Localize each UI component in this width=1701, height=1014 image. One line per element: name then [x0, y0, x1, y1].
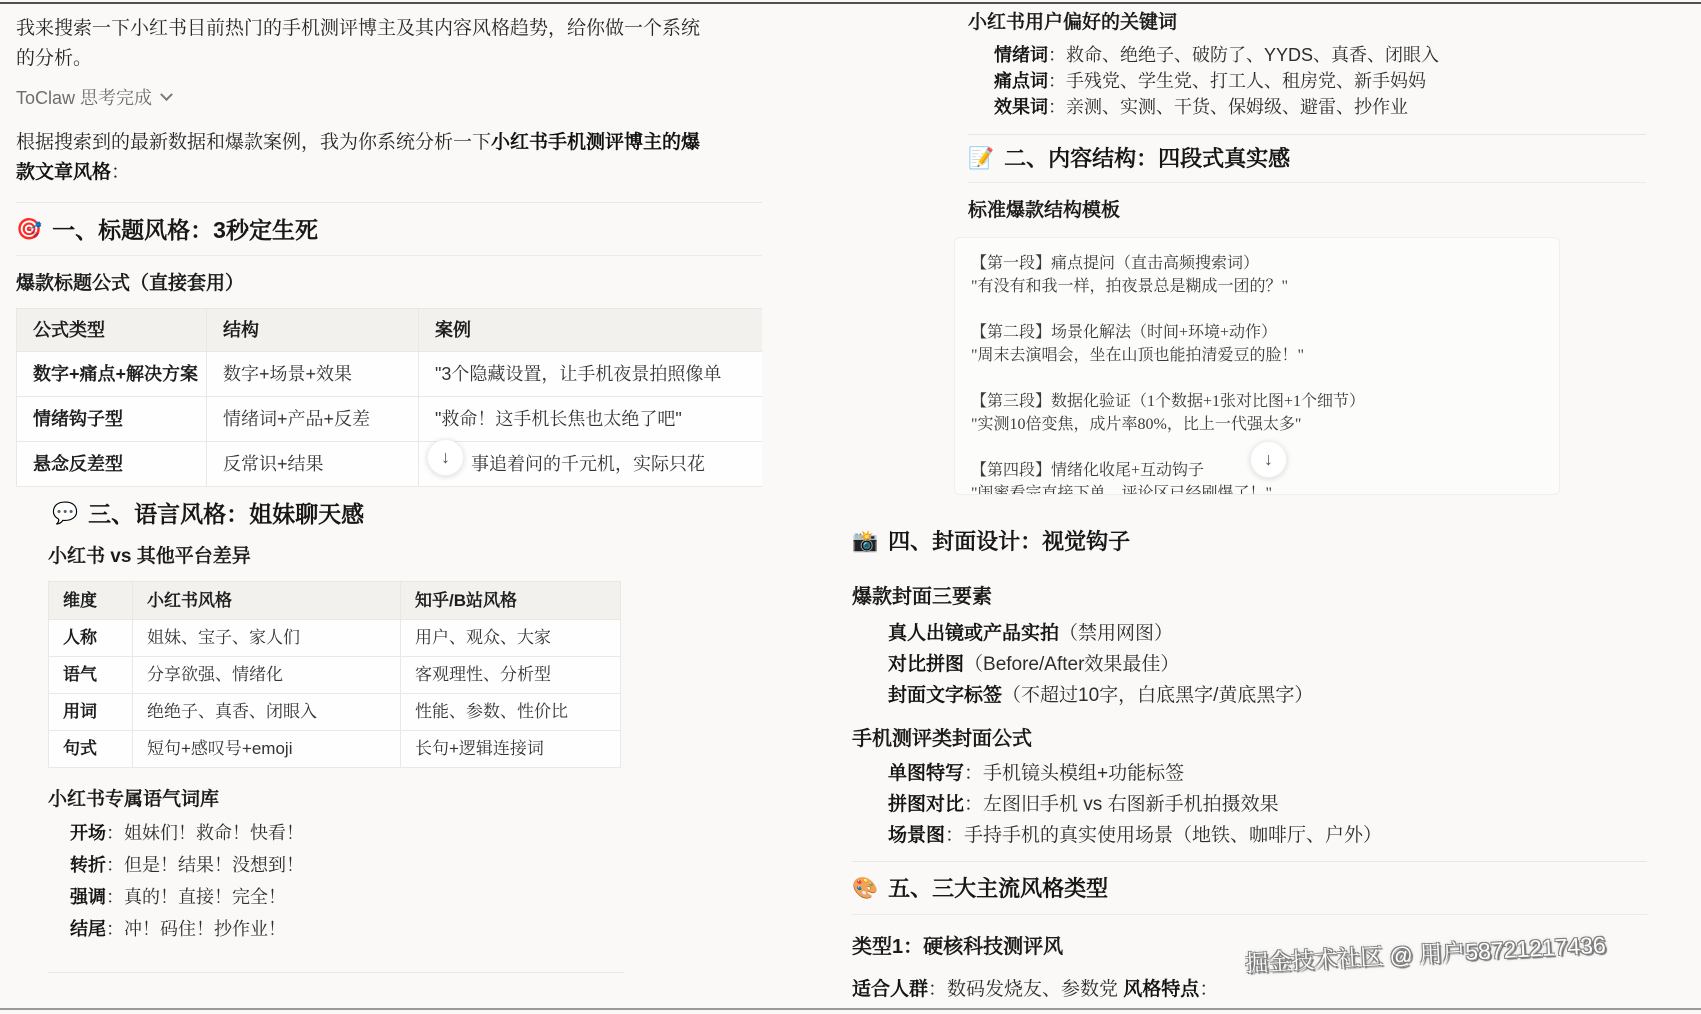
column-header: 结构: [207, 309, 419, 352]
section-2-title: 📝 二、内容结构：四段式真实感: [968, 145, 1646, 183]
list-item: 真人出镜或产品实拍（禁用网图）: [888, 621, 1647, 647]
list-item: 强调：真的！直接！完全！: [70, 884, 762, 910]
cell-case: 事追着问的千元机，实际只花: [419, 442, 763, 487]
section-3-title: 💬 三、语言风格：姐妹聊天感: [52, 499, 762, 529]
cell-xhs-style: 短句+感叹号+emoji: [133, 731, 401, 768]
list-item: 效果词：亲测、实测、干货、保姆级、避雷、抄作业: [994, 94, 1646, 120]
right-column-top: 小红书用户偏好的关键词 情绪词：救命、绝绝子、破防了、YYDS、真香、闭眼入 痛…: [952, 0, 1646, 495]
cell-dimension: 语气: [49, 657, 133, 694]
section-2-subtitle: 标准爆款结构模板: [968, 199, 1646, 223]
intro-text: 我来搜索一下小红书目前热门的手机测评博主及其内容风格趋势，给你做一个系统的分析。: [16, 14, 716, 74]
title-formula-table: 公式类型 结构 案例 数字+痛点+解决方案 数字+场景+效果 "3个隐藏设置，让…: [16, 308, 762, 487]
cell-xhs-style: 绝绝子、真香、闭眼入: [133, 694, 401, 731]
cover-formula-list: 单图特写：手机镜头模组+功能标签 拼图对比：左图旧手机 vs 右图新手机拍摄效果…: [888, 761, 1647, 849]
divider: [16, 202, 762, 203]
table-row: 人称 姐妹、宝子、家人们 用户、观众、大家: [49, 620, 621, 657]
cell-other-style: 性能、参数、性价比: [401, 694, 621, 731]
list-item: 开场：姐妹们！救命！快看！: [70, 820, 762, 846]
column-header: 小红书风格: [133, 582, 401, 620]
cell-case: "救命！这手机长焦也太绝了吧": [419, 397, 763, 442]
cell-formula-type: 数字+痛点+解决方案: [17, 352, 207, 397]
cell-dimension: 用词: [49, 694, 133, 731]
cell-xhs-style: 姐妹、宝子、家人们: [133, 620, 401, 657]
table-row: 用词 绝绝子、真香、闭眼入 性能、参数、性价比: [49, 694, 621, 731]
cell-case: "3个隐藏设置，让手机夜景拍照像单: [419, 352, 763, 397]
list-item: 对比拼图（Before/After效果最佳）: [888, 652, 1647, 678]
palette-icon: 🎨: [852, 874, 878, 904]
section-4-title: 📸 四、封面设计：视觉钩子: [852, 527, 1647, 557]
title-formula-table-wrapper: 公式类型 结构 案例 数字+痛点+解决方案 数字+场景+效果 "3个隐藏设置，让…: [16, 308, 762, 487]
keywords-title: 小红书用户偏好的关键词: [968, 10, 1646, 36]
table-row: 数字+痛点+解决方案 数字+场景+效果 "3个隐藏设置，让手机夜景拍照像单: [17, 352, 763, 397]
lead-text: 根据搜索到的最新数据和爆款案例，我为你系统分析一下小红书手机测评博主的爆款文章风…: [16, 128, 716, 188]
window-bottom-border: [0, 1008, 1701, 1010]
section-3-body: 小红书 vs 其他平台差异 维度 小红书风格 知乎/B站风格 人称 姐妹、宝子、…: [48, 545, 762, 973]
table-header-row: 维度 小红书风格 知乎/B站风格: [49, 582, 621, 620]
cell-formula-type: 情绪钩子型: [17, 397, 207, 442]
section-1-title: 🎯 一、标题风格：3秒定生死: [16, 215, 762, 256]
table-row: 悬念反差型 反常识+结果 事追着问的千元机，实际只花: [17, 442, 763, 487]
vocab-title: 小红书专属语气词库: [48, 788, 762, 812]
table-row: 情绪钩子型 情绪词+产品+反差 "救命！这手机长焦也太绝了吧": [17, 397, 763, 442]
cover-elements-list: 真人出镜或产品实拍（禁用网图） 对比拼图（Before/After效果最佳） 封…: [888, 621, 1647, 709]
list-item: 结尾：冲！码住！抄作业！: [70, 916, 762, 942]
type-1-audience: 适合人群：数码发烧友、参数党 风格特点：: [852, 977, 1647, 1003]
divider: [968, 134, 1646, 135]
list-item: 转折：但是！结果！没想到！: [70, 852, 762, 878]
cell-structure: 数字+场景+效果: [207, 352, 419, 397]
cell-dimension: 人称: [49, 620, 133, 657]
section-5-title: 🎨 五、三大主流风格类型: [852, 874, 1647, 915]
cell-structure: 情绪词+产品+反差: [207, 397, 419, 442]
toclaw-thinking-toggle[interactable]: ToClaw 思考完成: [16, 84, 171, 110]
table-row: 语气 分享欲强、情绪化 客观理性、分析型: [49, 657, 621, 694]
memo-icon: 📝: [968, 145, 994, 173]
list-item: 拼图对比：左图旧手机 vs 右图新手机拍摄效果: [888, 792, 1647, 818]
scroll-to-bottom-button[interactable]: ↓: [1250, 441, 1287, 478]
cell-other-style: 用户、观众、大家: [401, 620, 621, 657]
camera-flash-icon: 📸: [852, 527, 878, 557]
column-header: 案例: [419, 309, 763, 352]
keywords-list: 情绪词：救命、绝绝子、破防了、YYDS、真香、闭眼入 痛点词：手残党、学生党、打…: [994, 42, 1646, 120]
column-header: 公式类型: [17, 309, 207, 352]
cell-structure: 反常识+结果: [207, 442, 419, 487]
cell-other-style: 客观理性、分析型: [401, 657, 621, 694]
column-header: 维度: [49, 582, 133, 620]
scroll-to-bottom-button[interactable]: ↓: [427, 439, 464, 476]
list-item: 封面文字标签（不超过10字，白底黑字/黄底黑字）: [888, 683, 1647, 709]
cover-formula-title: 手机测评类封面公式: [852, 727, 1647, 751]
cell-dimension: 句式: [49, 731, 133, 768]
chevron-down-icon: [160, 88, 173, 101]
table-header-row: 公式类型 结构 案例: [17, 309, 763, 352]
column-header: 知乎/B站风格: [401, 582, 621, 620]
section-3-subtitle: 小红书 vs 其他平台差异: [48, 545, 762, 569]
section-1-subtitle: 爆款标题公式（直接套用）: [16, 272, 762, 296]
dart-icon: 🎯: [16, 215, 42, 245]
list-item: 单图特写：手机镜头模组+功能标签: [888, 761, 1647, 787]
speech-balloon-icon: 💬: [52, 499, 78, 529]
platform-compare-table: 维度 小红书风格 知乎/B站风格 人称 姐妹、宝子、家人们 用户、观众、大家 语…: [48, 581, 621, 768]
left-column: 我来搜索一下小红书目前热门的手机测评博主及其内容风格趋势，给你做一个系统的分析。…: [16, 0, 762, 973]
list-item: 痛点词：手残党、学生党、打工人、租房党、新手妈妈: [994, 68, 1646, 94]
cell-formula-type: 悬念反差型: [17, 442, 207, 487]
list-item: 情绪词：救命、绝绝子、破防了、YYDS、真香、闭眼入: [994, 42, 1646, 68]
divider: [48, 972, 624, 973]
cell-xhs-style: 分享欲强、情绪化: [133, 657, 401, 694]
table-row: 句式 短句+感叹号+emoji 长句+逻辑连接词: [49, 731, 621, 768]
cover-elements-title: 爆款封面三要素: [852, 585, 1647, 609]
cell-other-style: 长句+逻辑连接词: [401, 731, 621, 768]
vocab-list: 开场：姐妹们！救命！快看！ 转折：但是！结果！没想到！ 强调：真的！直接！完全！…: [70, 820, 762, 942]
divider: [852, 861, 1647, 862]
toclaw-label: ToClaw 思考完成: [16, 84, 152, 110]
list-item: 场景图：手持手机的真实使用场景（地铁、咖啡厅、户外）: [888, 823, 1647, 849]
